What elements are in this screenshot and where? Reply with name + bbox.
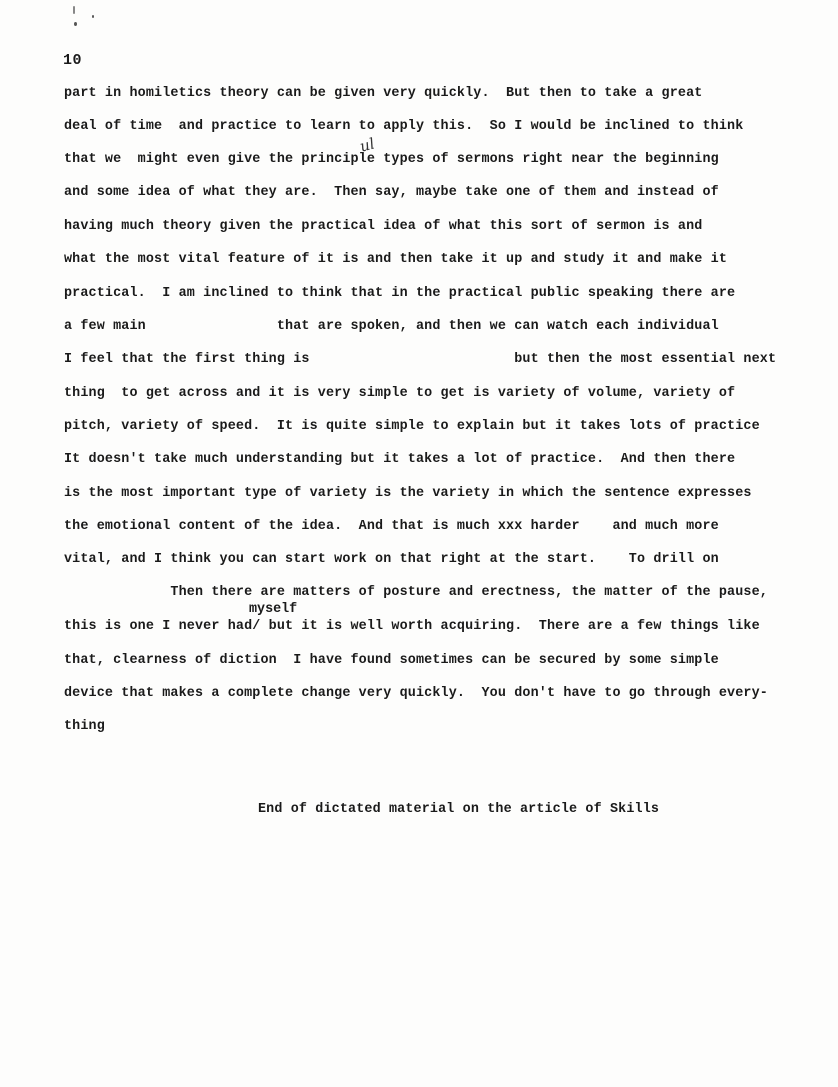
text-line: pitch, variety of speed. It is quite sim… [64,419,760,435]
text-line: I feel that the first thing is but then … [64,352,776,368]
scan-speck [74,22,77,26]
interlinear-insert: myself [249,603,297,617]
text-line: what the most vital feature of it is and… [64,252,727,268]
text-line: deal of time and practice to learn to ap… [64,119,743,135]
text-line: and some idea of what they are. Then say… [64,185,719,201]
text-line: that, clearness of diction I have found … [64,653,719,669]
text-line: that we might even give the principle ty… [64,152,719,168]
text-line: having much theory given the practical i… [64,219,702,235]
text-line: is the most important type of variety is… [64,486,752,502]
text-line: device that makes a complete change very… [64,686,768,702]
typewritten-page: 10 part in homiletics theory can be give… [0,0,838,1087]
scan-speck [92,15,94,18]
text-line: the emotional content of the idea. And t… [64,519,719,535]
text-line: vital, and I think you can start work on… [64,552,719,568]
closing-note: End of dictated material on the article … [258,802,659,817]
text-line: thing to get across and it is very simpl… [64,386,735,402]
scan-speck [73,6,75,14]
text-line: this is one I never had/ but it is well … [64,619,760,635]
page-number: 10 [63,52,82,69]
text-line: thing [64,719,105,735]
text-line: Then there are matters of posture and er… [64,585,768,601]
text-line: a few main that are spoken, and then we … [64,319,719,335]
text-line: practical. I am inclined to think that i… [64,286,735,302]
text-line: It doesn't take much understanding but i… [64,452,735,468]
text-line: part in homiletics theory can be given v… [64,86,702,102]
